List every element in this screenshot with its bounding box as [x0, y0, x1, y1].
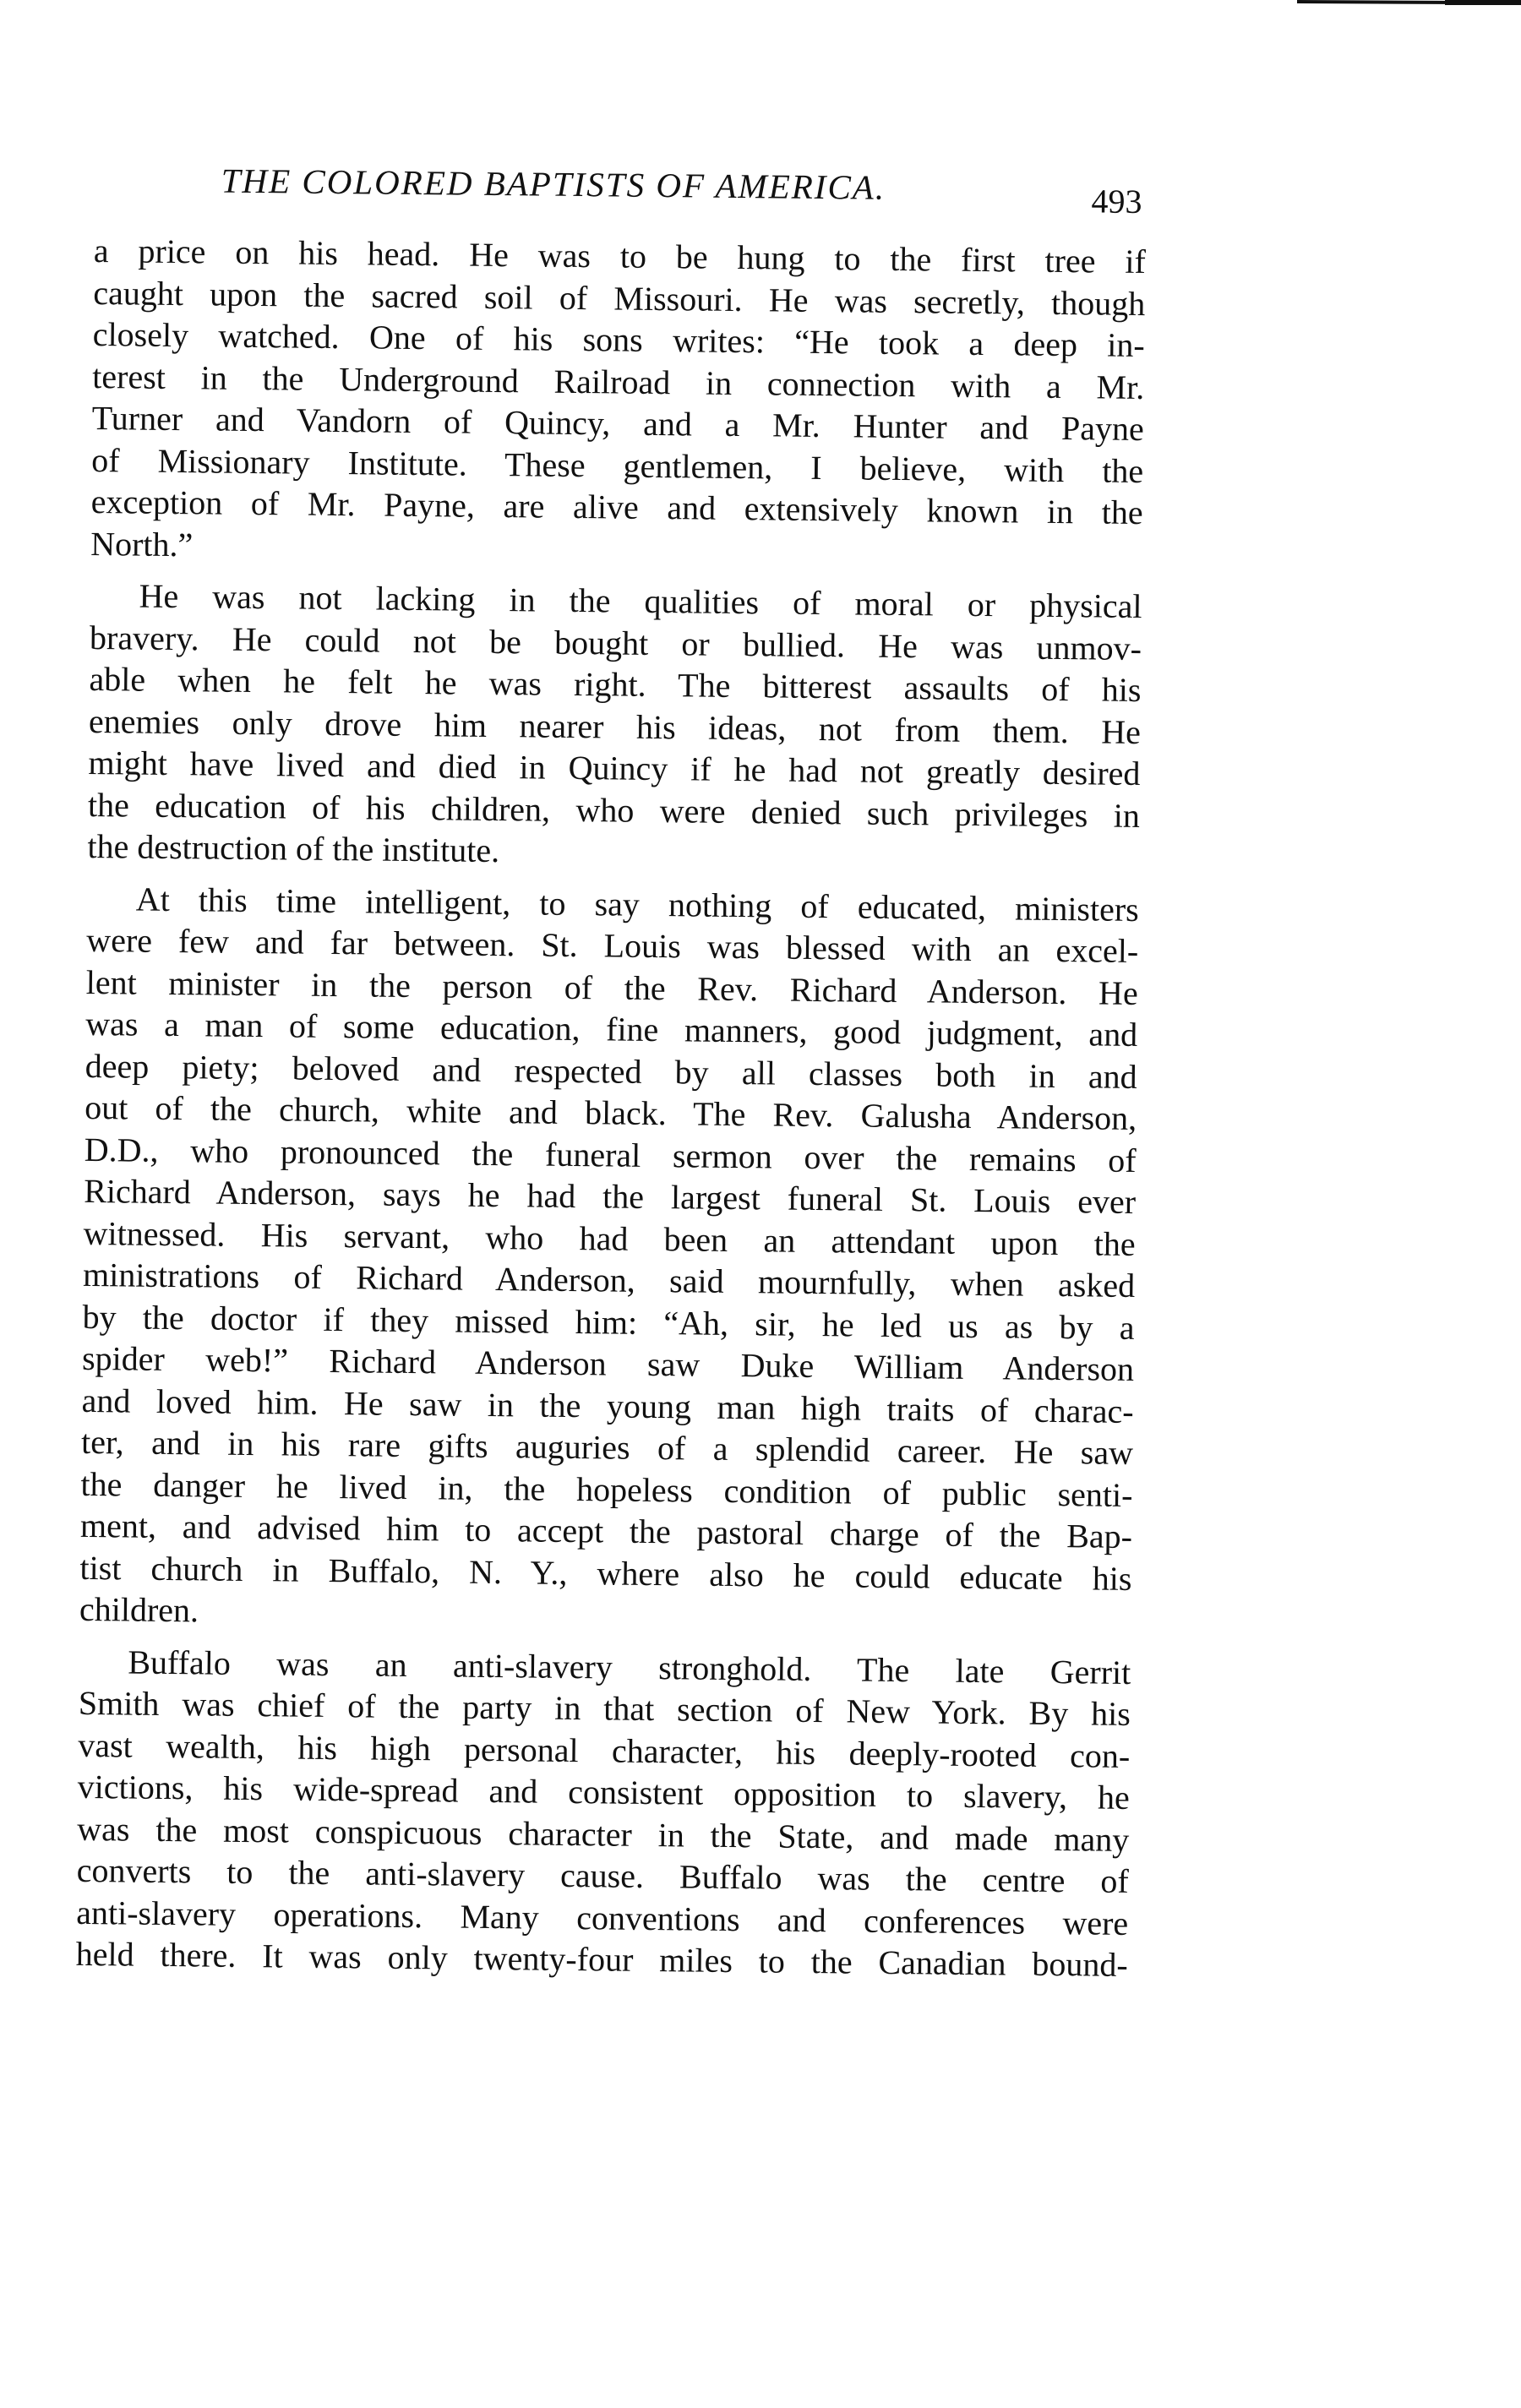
scan-edge-mark: [1445, 0, 1521, 5]
paragraph-1: a price on his head. He was to be hung t…: [90, 230, 1146, 575]
book-page: THE COLORED BAPTISTS OF AMERICA. 493 a p…: [75, 159, 1147, 1996]
running-title: THE COLORED BAPTISTS OF AMERICA.: [221, 161, 886, 208]
body-text: a price on his head. He was to be hung t…: [75, 230, 1146, 1986]
page-number: 493: [1091, 181, 1142, 221]
paragraph-4: Buffalo was an anti-slavery stronghold. …: [75, 1640, 1131, 1986]
paragraph-2: He was not lacking in the qualities of m…: [87, 575, 1142, 879]
running-head: THE COLORED BAPTISTS OF AMERICA. 493: [94, 159, 1147, 229]
paragraph-3: At this time intelligent, to say nothing…: [79, 877, 1139, 1641]
